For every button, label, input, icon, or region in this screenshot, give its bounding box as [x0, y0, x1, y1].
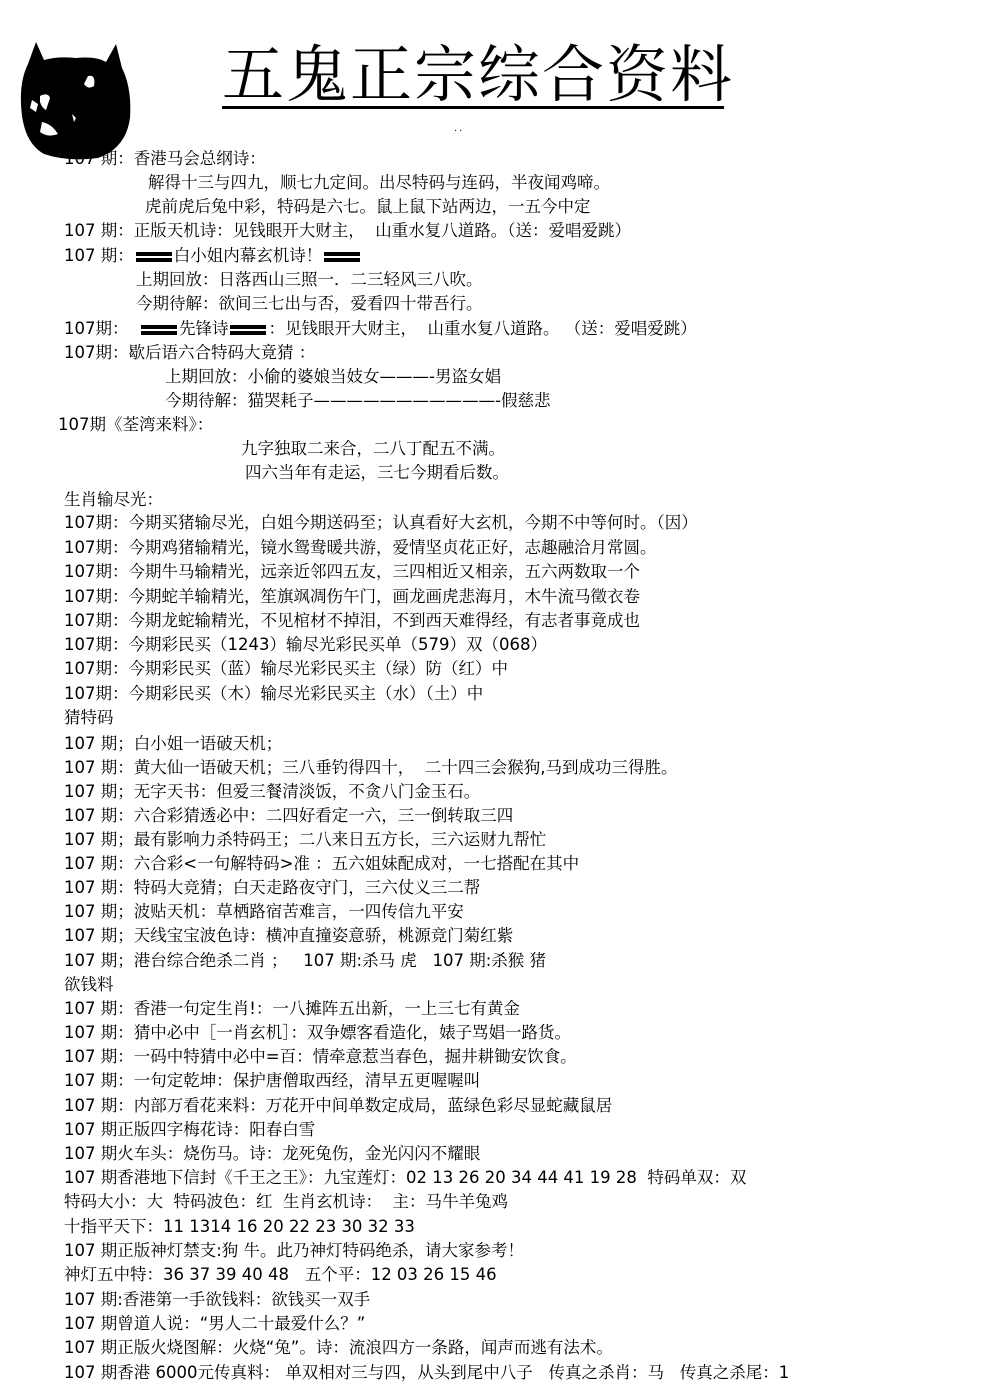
double-bar-icon — [324, 251, 360, 263]
text-line: 107 期：一码中特猜中必中=百：情牵意惹当春色，掘井耕锄安饮食。 — [64, 1046, 577, 1068]
text-line: 今期待解：欲间三七出与否，爱看四十带吾行。 — [136, 293, 483, 315]
text-line: 107期：今期龙蛇输精光，不见棺材不掉泪，不到西天难得经，有志者事竟成也 — [64, 610, 640, 632]
text-line: 107 期；白小姐一语破天机； — [64, 733, 282, 755]
text-line: 107 期香港地下信封《千王之王》：九宝莲灯：02 13 26 20 34 44… — [64, 1167, 746, 1189]
text-line: 神灯五中特：36 37 39 40 48 五个平：12 03 26 15 46 — [64, 1264, 497, 1286]
text-line: 107期：今期买猪输尽光，白姐今期送码至；认真看好大玄机，今期不中等何时。（因） — [64, 512, 698, 534]
text-line: 107期：今期牛马输精光，远亲近邻四五友，三四相近又相亲，五六两数取一个 — [64, 561, 640, 583]
text-segment: 107 期： — [64, 246, 134, 265]
text-line: 107 期：正版天机诗：见钱眼开大财主， 山重水复八道路。（送：爱唱爱跳） — [64, 220, 631, 242]
ghost-head-icon — [18, 38, 134, 160]
text-line: 107 期：六合彩猜透必中：二四好看定一六，三一倒转取三四 — [64, 805, 513, 827]
text-line: 107 期正版四字梅花诗：阳春白雪 — [64, 1119, 315, 1141]
text-line: 九字独取二来合，二八丁配五不满。 — [178, 438, 505, 460]
text-line: 107期：今期彩民买（蓝）输尽光彩民买主（绿）防（红）中 — [64, 658, 508, 680]
text-line: 107期：今期蛇羊输精光，笙旗飒凋伤午门，画龙画虎悲海月，木牛流马徵衣卷 — [64, 586, 640, 608]
text-line: 107 期：一句定乾坤：保护唐僧取西经，清早五更喔喔叫 — [64, 1070, 480, 1092]
text-line: 上期回放：小偷的婆娘当妓女———-男盗女娼 — [165, 366, 501, 388]
title-underline — [222, 106, 724, 109]
text-line: 107 期火车头：烧伤马。诗：龙死兔伤，金光闪闪不耀眼 — [64, 1143, 480, 1165]
text-line: 107 期；天线宝宝波色诗：横冲直撞姿意骄，桃源竞门菊红紫 — [64, 925, 513, 947]
text-line: 107 期；港台综合绝杀二肖 ； 107 期:杀马 虎 107 期:杀猴 猪 — [64, 950, 546, 972]
text-line: 107 期曾道人说：“男人二十最爱什么？” — [64, 1313, 365, 1335]
text-line: 107期：歇后语六合特码大竟猜 ： — [64, 342, 315, 364]
text-line: 107 期：六合彩<一句解特码>准 ：五六姐妹配成对，一七搭配在其中 — [64, 853, 579, 875]
text-line: 107期：今期鸡猪输精光，镜水鸳鸯暖共游，爱情坚贞花正好，志趣融洽月常圆。 — [64, 537, 657, 559]
page-title: 五鬼正宗综合资料 — [222, 40, 734, 110]
text-line: 107 期：香港马会总纲诗： — [64, 148, 266, 170]
text-line: 虎前虎后兔中彩，特码是六七。鼠上鼠下站两边，一五今中定 — [145, 196, 591, 218]
text-line: 107 期:香港第一手欲钱料：欲钱买一双手 — [64, 1289, 370, 1311]
text-line: 107 期：香港一句定生肖!：一八摊阵五出新，一上三七有黄金 — [64, 998, 520, 1020]
decorative-dots: .. — [454, 124, 464, 134]
text-line: 107 期：白小姐内幕玄机诗！ — [64, 245, 362, 267]
text-line: 十指平天下：11 1314 16 20 22 23 30 32 33 — [64, 1216, 415, 1238]
text-line: 107期《荃湾来料》： — [58, 414, 213, 436]
text-line: 107 期香港 6000元传真料： 单双相对三与四，从头到尾中八子 传真之杀肖：… — [64, 1362, 789, 1384]
text-line: 今期待解：猫哭耗子———————————-假慈悲 — [165, 390, 550, 412]
text-line: 107 期；波贴天机：草栖路宿苦难言，一四传信九平安 — [64, 901, 464, 923]
text-line: 上期回放：日落西山三照一．二三轻风三八吹。 — [136, 269, 483, 291]
double-bar-icon — [141, 324, 177, 336]
text-segment: ：见钱眼开大财主， 山重水复八道路。 （送：爱唱爱跳） — [268, 319, 696, 338]
text-line: 107期： 先锋诗：见钱眼开大财主， 山重水复八道路。 （送：爱唱爱跳） — [64, 318, 697, 340]
text-line: 解得十三与四九，顺七九定间。出尽特码与连码，半夜闻鸡啼。 — [148, 172, 610, 194]
text-line: 生肖输尽光： — [64, 489, 163, 511]
double-bar-icon — [230, 324, 266, 336]
text-line: 107 期；最有影响力杀特码王；二八来日五方长，三六运财九帮忙 — [64, 829, 546, 851]
text-line: 107 期；无字天书：但爱三餐清淡饭，不贪八门金玉石。 — [64, 781, 480, 803]
text-line: 107期：今期彩民买（1243）输尽光彩民买单（579）双（068） — [64, 634, 547, 656]
text-line: 107 期：黄大仙一语破天机；三八垂钓得四十， 二十四三会猴狗,马到成功三得胜。 — [64, 757, 677, 779]
text-line: 欲钱料 — [64, 974, 114, 996]
double-bar-icon — [136, 251, 172, 263]
text-segment: 先锋诗 — [179, 319, 229, 338]
text-segment: 107期： — [64, 319, 139, 338]
text-line: 猜特码 — [64, 707, 114, 729]
text-line: 特码大小：大 特码波色：红 生肖玄机诗： 主：马牛羊兔鸡 — [64, 1191, 508, 1213]
text-segment: 白小姐内幕玄机诗！ — [174, 246, 323, 265]
text-line: 107 期：猜中必中［一肖玄机］：双争嫖客看造化，婊子骂娼一路货。 — [64, 1022, 571, 1044]
text-line: 107 期正版神灯禁支:狗 牛。此乃神灯特码绝杀，请大家参考！ — [64, 1240, 524, 1262]
text-line: 107 期正版火烧图解：火烧“兔”。诗：流浪四方一条路，闻声而逃有法术。 — [64, 1337, 613, 1359]
text-line: 107 期：内部万看花来料：万花开中间单数定成局，蓝绿色彩尽显蛇藏鼠居 — [64, 1095, 612, 1117]
text-line: 107 期：特码大竞猜；白天走路夜守门，三六仗义三二帮 — [64, 877, 480, 899]
text-line: 107期：今期彩民买（木）输尽光彩民买主（水）（土）中 — [64, 683, 483, 705]
text-line: 四六当年有走运，三七今期看后数。 — [182, 462, 509, 484]
